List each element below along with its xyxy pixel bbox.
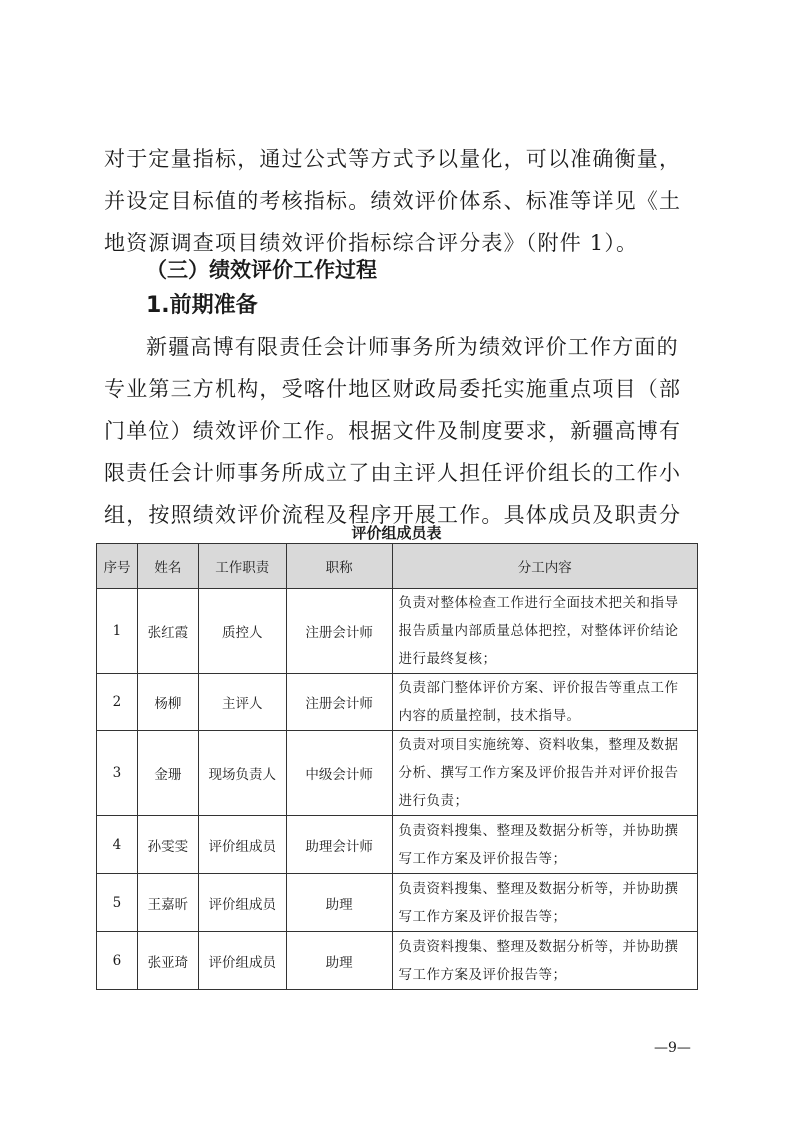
cell-role: 主评人 <box>198 674 286 731</box>
cell-no: 5 <box>97 874 138 932</box>
cell-title: 注册会计师 <box>286 674 392 731</box>
table-row: 1张红霞质控人注册会计师负责对整体检查工作进行全面技术把关和指导报告质量内部质量… <box>97 589 698 674</box>
cell-duty: 负责对整体检查工作进行全面技术把关和指导报告质量内部质量总体把控，对整体评价结论… <box>392 589 697 674</box>
paragraph-quantitative-indicators: 对于定量指标，通过公式等方式予以量化，可以准确衡量，并设定目标值的考核指标。绩效… <box>104 138 694 264</box>
cell-name: 金珊 <box>137 731 198 816</box>
subsection-heading: 1.前期准备 <box>146 288 258 324</box>
cell-title: 助理 <box>286 874 392 932</box>
cell-no: 1 <box>97 589 138 674</box>
cell-duty: 负责部门整体评价方案、评价报告等重点工作内容的质量控制，技术指导。 <box>392 674 697 731</box>
header-title: 职称 <box>286 544 392 589</box>
cell-title: 注册会计师 <box>286 589 392 674</box>
cell-role: 评价组成员 <box>198 816 286 874</box>
cell-role: 评价组成员 <box>198 932 286 990</box>
page-number: —9— <box>654 1040 691 1056</box>
cell-duty: 负责资料搜集、整理及数据分析等，并协助撰写工作方案及评价报告等； <box>392 816 697 874</box>
table-row: 6张亚琦评价组成员助理负责资料搜集、整理及数据分析等，并协助撰写工作方案及评价报… <box>97 932 698 990</box>
table-row: 5王嘉昕评价组成员助理负责资料搜集、整理及数据分析等，并协助撰写工作方案及评价报… <box>97 874 698 932</box>
cell-name: 张红霞 <box>137 589 198 674</box>
table-row: 2杨柳主评人注册会计师负责部门整体评价方案、评价报告等重点工作内容的质量控制，技… <box>97 674 698 731</box>
section-heading: （三）绩效评价工作过程 <box>146 252 377 288</box>
cell-duty: 负责资料搜集、整理及数据分析等，并协助撰写工作方案及评价报告等； <box>392 932 697 990</box>
members-table: 序号 姓名 工作职责 职称 分工内容 1张红霞质控人注册会计师负责对整体检查工作… <box>96 543 698 990</box>
header-duty: 分工内容 <box>392 544 697 589</box>
table-row: 3金珊现场负责人中级会计师负责对项目实施统筹、资料收集，整理及数据分析、撰写工作… <box>97 731 698 816</box>
header-role: 工作职责 <box>198 544 286 589</box>
cell-title: 助理会计师 <box>286 816 392 874</box>
header-name: 姓名 <box>137 544 198 589</box>
cell-no: 4 <box>97 816 138 874</box>
cell-name: 杨柳 <box>137 674 198 731</box>
table-caption: 评价组成员表 <box>96 522 697 543</box>
cell-duty: 负责对项目实施统筹、资料收集，整理及数据分析、撰写工作方案及评价报告并对评价报告… <box>392 731 697 816</box>
cell-title: 助理 <box>286 932 392 990</box>
cell-duty: 负责资料搜集、整理及数据分析等，并协助撰写工作方案及评价报告等； <box>392 874 697 932</box>
cell-name: 孙雯雯 <box>137 816 198 874</box>
cell-role: 质控人 <box>198 589 286 674</box>
cell-no: 6 <box>97 932 138 990</box>
cell-no: 2 <box>97 674 138 731</box>
cell-role: 评价组成员 <box>198 874 286 932</box>
cell-name: 张亚琦 <box>137 932 198 990</box>
table-header-row: 序号 姓名 工作职责 职称 分工内容 <box>97 544 698 589</box>
cell-name: 王嘉昕 <box>137 874 198 932</box>
header-no: 序号 <box>97 544 138 589</box>
cell-no: 3 <box>97 731 138 816</box>
cell-role: 现场负责人 <box>198 731 286 816</box>
table-row: 4孙雯雯评价组成员助理会计师负责资料搜集、整理及数据分析等，并协助撰写工作方案及… <box>97 816 698 874</box>
cell-title: 中级会计师 <box>286 731 392 816</box>
